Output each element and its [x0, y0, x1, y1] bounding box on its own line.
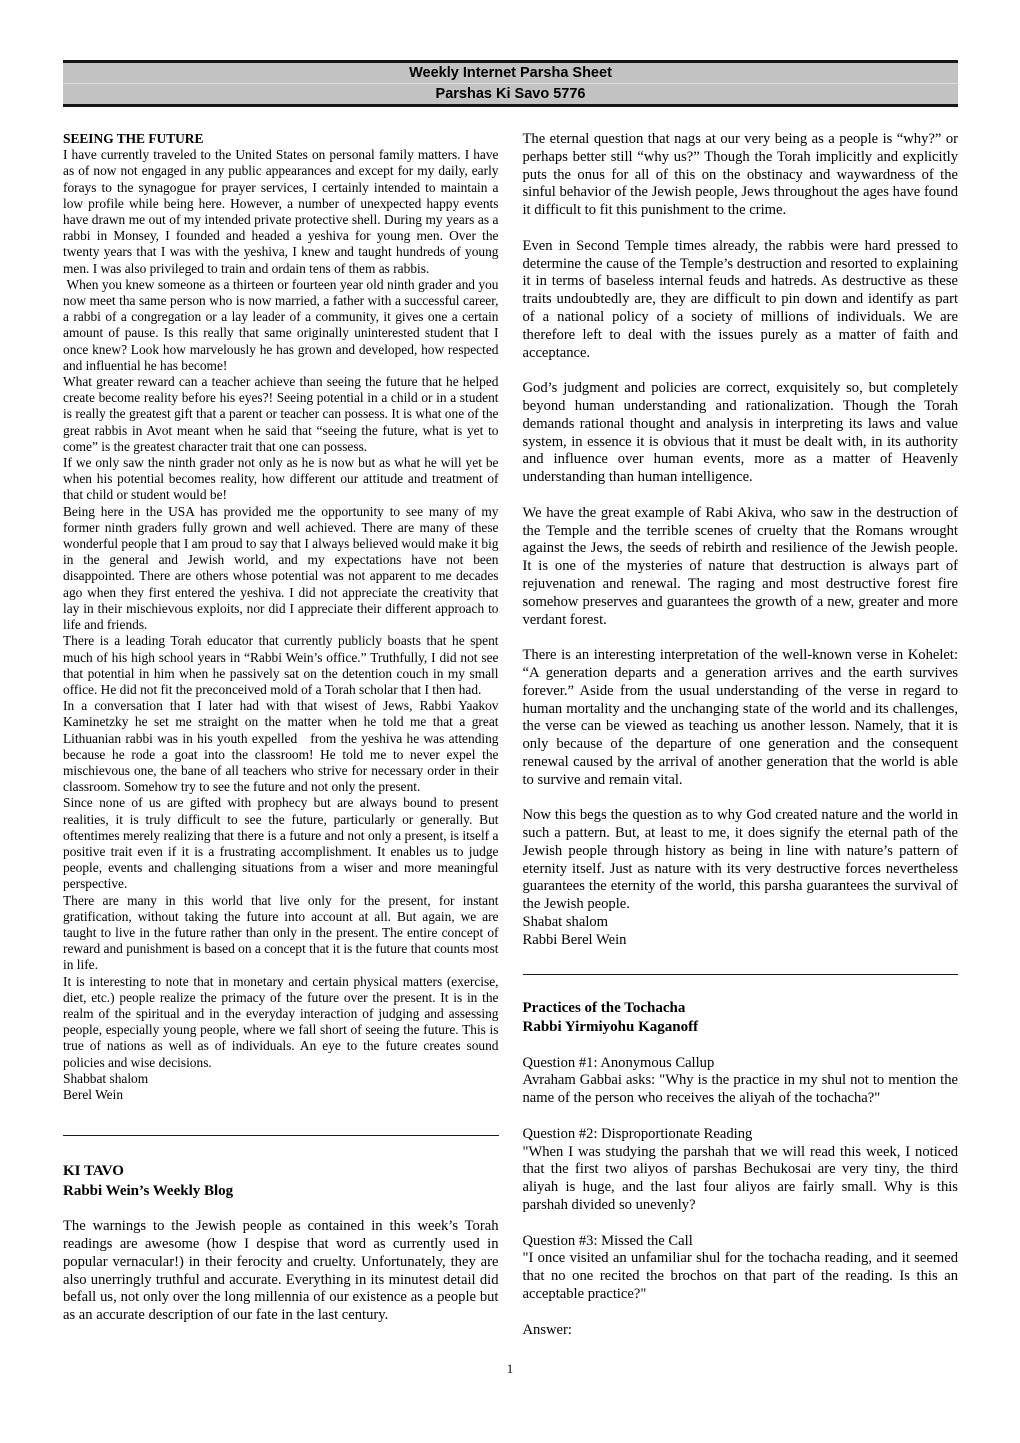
paragraph: God’s judgment and policies are correct,…: [523, 380, 959, 487]
paragraph: The eternal question that nags at our ve…: [523, 131, 959, 220]
article-subtitle-rabbi-yirmiyohu-kaganoff: Rabbi Yirmiyohu Kaganoff: [523, 1018, 959, 1038]
header-subtitle: Parshas Ki Savo 5776: [63, 83, 958, 104]
paragraph: Even in Second Temple times already, the…: [523, 238, 959, 363]
paragraph: Being here in the USA has provided me th…: [63, 504, 499, 634]
paragraph: Since none of us are gifted with prophec…: [63, 795, 499, 892]
section-divider: [523, 974, 959, 975]
question-3-heading: Question #3: Missed the Call: [523, 1233, 959, 1251]
spacer: [63, 1201, 499, 1218]
document-header: Weekly Internet Parsha Sheet Parshas Ki …: [63, 60, 958, 107]
paragraph: If we only saw the ninth grader not only…: [63, 455, 499, 504]
article-subtitle-rabbi-weins-weekly-blog: Rabbi Wein’s Weekly Blog: [63, 1182, 499, 1202]
signoff-shabbat-shalom: Shabbat shalom: [63, 1071, 499, 1087]
question-2-body: "When I was studying the parshah that we…: [523, 1144, 959, 1215]
two-column-body: SEEING THE FUTURE I have currently trave…: [63, 131, 958, 1339]
right-column: The eternal question that nags at our ve…: [523, 131, 959, 1339]
paragraph: It is interesting to note that in moneta…: [63, 974, 499, 1071]
spacer: [523, 1038, 959, 1055]
signoff-shabat-shalom: Shabat shalom: [523, 914, 959, 932]
document-page: Weekly Internet Parsha Sheet Parshas Ki …: [0, 0, 1020, 1443]
paragraph: There are many in this world that live o…: [63, 893, 499, 974]
question-3-body: "I once visited an unfamiliar shul for t…: [523, 1250, 959, 1303]
signoff-author-berel-wein: Berel Wein: [63, 1087, 499, 1103]
paragraph: When you knew someone as a thirteen or f…: [63, 277, 499, 374]
header-title: Weekly Internet Parsha Sheet: [63, 63, 958, 83]
paragraph: There is an interesting interpretation o…: [523, 647, 959, 789]
left-column: SEEING THE FUTURE I have currently trave…: [63, 131, 499, 1339]
paragraph: There is a leading Torah educator that c…: [63, 633, 499, 698]
signoff-author-rabbi-berel-wein: Rabbi Berel Wein: [523, 932, 959, 950]
paragraph: The warnings to the Jewish people as con…: [63, 1218, 499, 1325]
answer-label: Answer:: [523, 1322, 959, 1340]
paragraph: We have the great example of Rabi Akiva,…: [523, 505, 959, 630]
article-title-ki-tavo: KI TAVO: [63, 1162, 499, 1182]
article-title-practices-of-the-tochacha: Practices of the Tochacha: [523, 999, 959, 1019]
paragraph: In a conversation that I later had with …: [63, 698, 499, 795]
paragraph: What greater reward can a teacher achiev…: [63, 374, 499, 455]
paragraph: I have currently traveled to the United …: [63, 147, 499, 277]
page-number: 1: [0, 1362, 1020, 1377]
article-title-seeing-the-future: SEEING THE FUTURE: [63, 131, 499, 147]
question-1-body: Avraham Gabbai asks: "Why is the practic…: [523, 1072, 959, 1108]
question-2-heading: Question #2: Disproportionate Reading: [523, 1126, 959, 1144]
section-divider: [63, 1135, 499, 1136]
paragraph: Now this begs the question as to why God…: [523, 807, 959, 914]
question-1-heading: Question #1: Anonymous Callup: [523, 1055, 959, 1073]
